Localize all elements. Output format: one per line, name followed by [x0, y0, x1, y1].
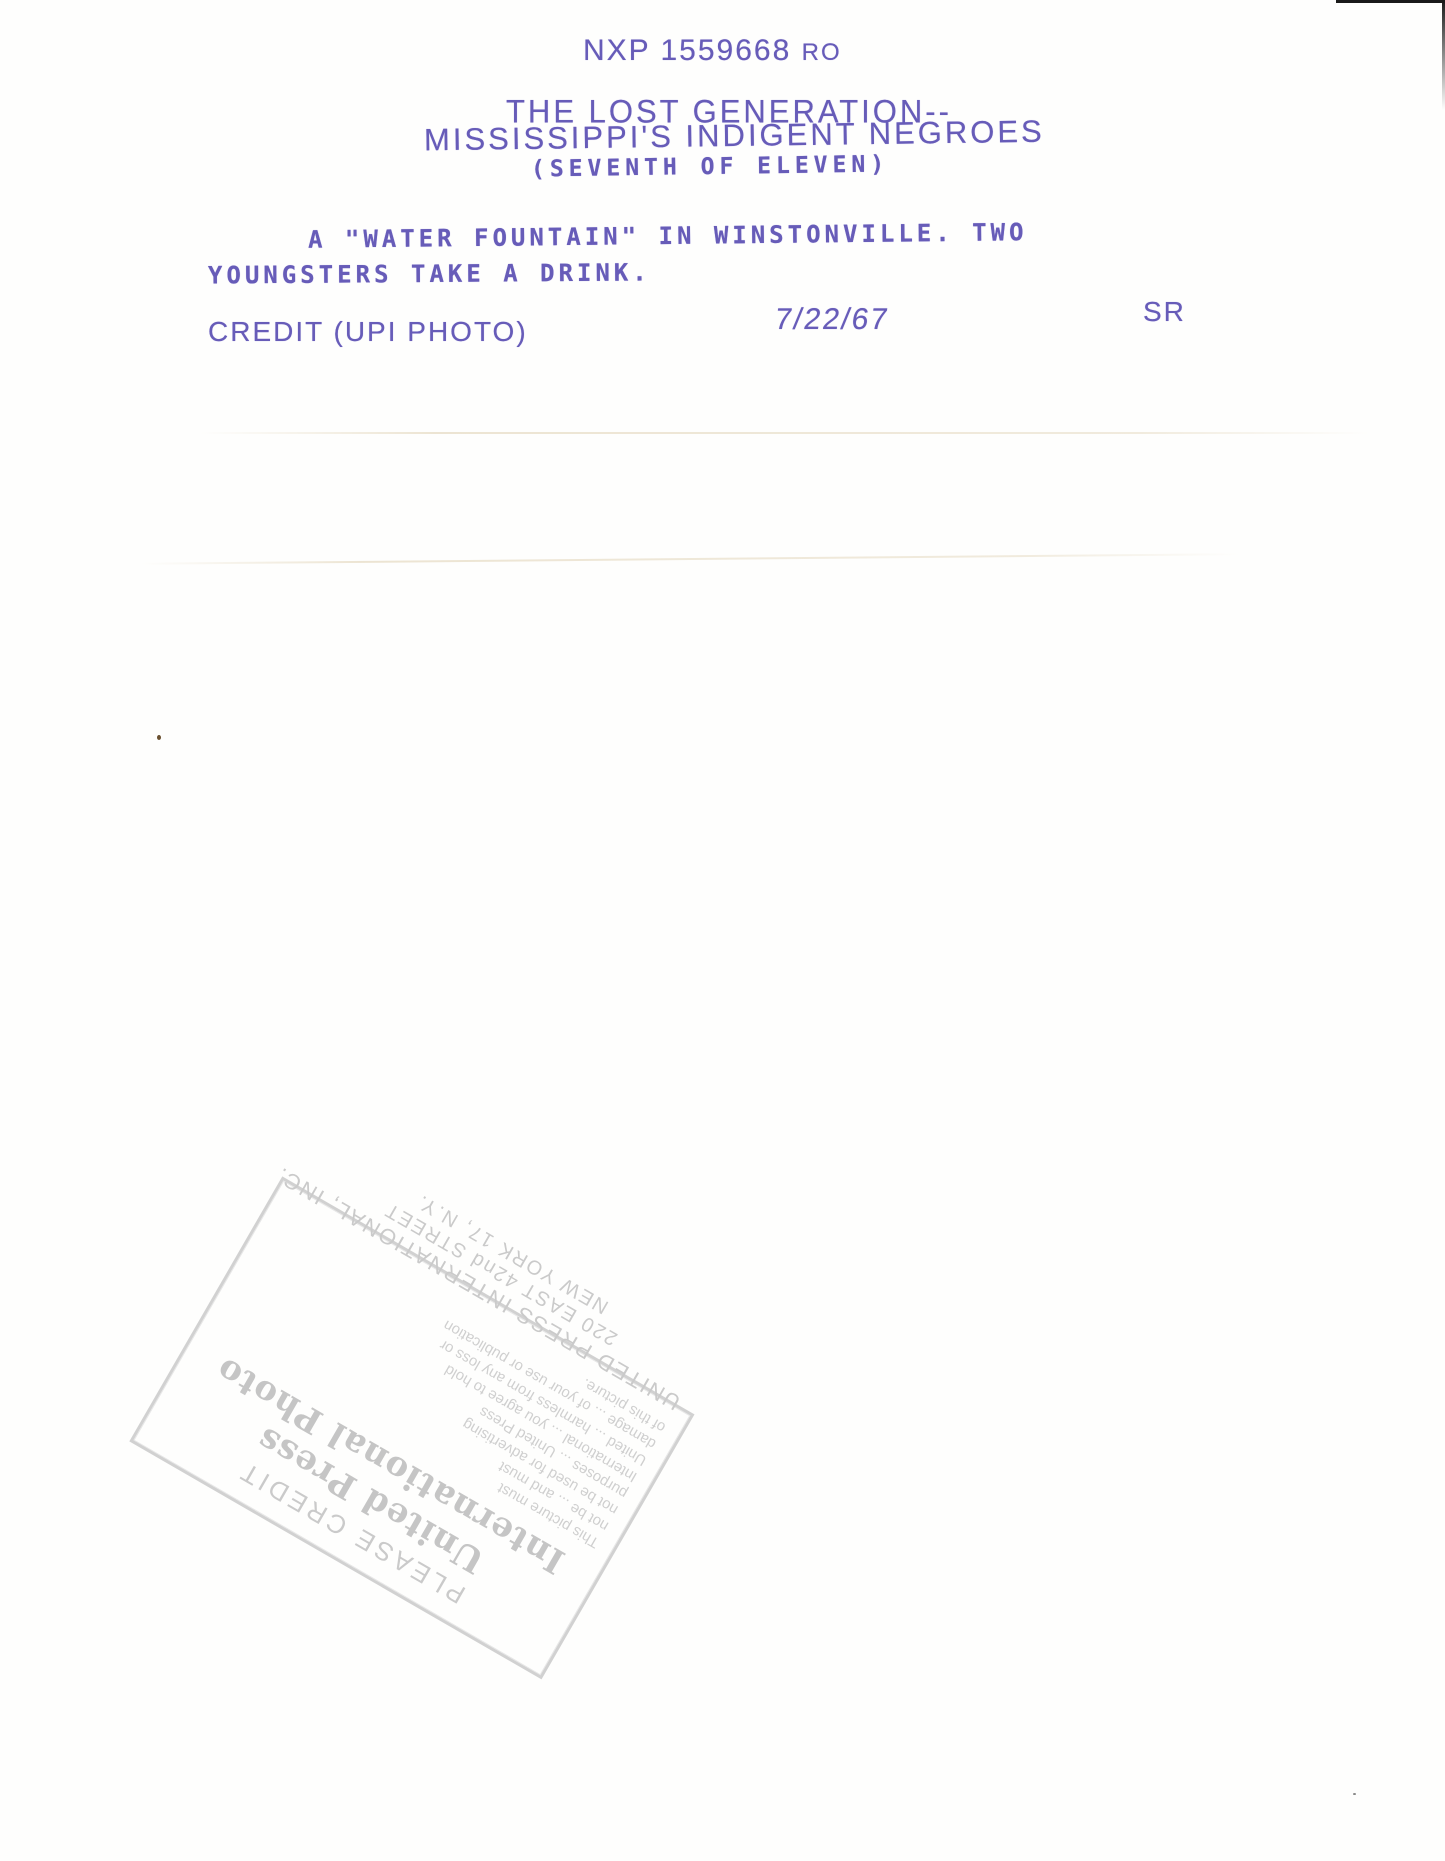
caption-title-line-2: MISSISSIPPI'S INDIGENT NEGROES [424, 114, 1045, 159]
editor-initials: SR [1143, 296, 1186, 328]
paper-speck [1353, 1793, 1356, 1795]
photo-credit: CREDIT (UPI PHOTO) [208, 316, 528, 348]
paper-crease-line [140, 553, 1240, 565]
caption-date: 7/22/67 [773, 303, 892, 337]
paper-crease-line [200, 432, 1370, 434]
photo-id-number: NXP 1559668 [583, 34, 791, 67]
upi-credit-stamp: PLEASE CREDIT United Press International… [129, 1176, 694, 1679]
caption-body-line-2: YOUNGSTERS TAKE A DRINK. [208, 258, 651, 289]
photo-id: NXP 1559668 RO [583, 34, 842, 68]
scan-edge-top [1336, 0, 1445, 3]
photo-id-suffix: RO [802, 39, 842, 66]
caption-body-line-1: A "WATER FOUNTAIN" IN WINSTONVILLE. TWO [308, 218, 1028, 254]
photo-back-page: NXP 1559668 RO THE LOST GENERATION-- MIS… [0, 0, 1445, 1861]
paper-speck [157, 735, 161, 740]
caption-series-note: (SEVENTH OF ELEVEN) [531, 152, 889, 183]
